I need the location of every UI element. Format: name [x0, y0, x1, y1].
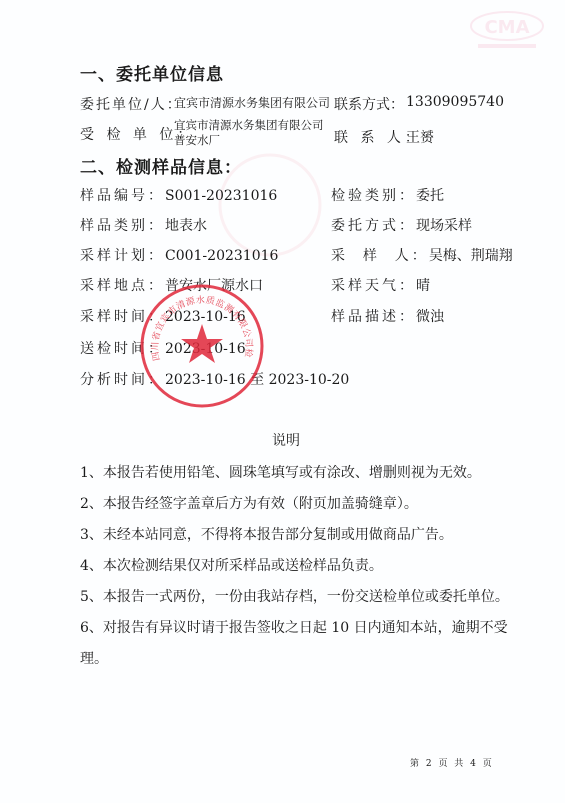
inspected-value-line2: 普安水厂	[174, 133, 220, 148]
note-item: 理。	[80, 648, 108, 668]
sample-field: 检验类别：委托	[331, 185, 444, 205]
note-item: 2、本报告经签字盖章后方为有效（附页加盖骑缝章）。	[80, 493, 418, 513]
note-item: 4、本次检测结果仅对所采样品或送检样品负责。	[80, 555, 383, 575]
contact-method-value: 13309095740	[406, 94, 504, 110]
note-item: 6、对报告有异议时请于报告签收之日起 10 日内通知本站，逾期不受	[80, 617, 508, 637]
sample-field: 采 样 人：吴梅、荆瑞翔	[331, 245, 513, 265]
contact-method-label: 联系方式：	[334, 94, 404, 114]
inspected-value-line1: 宜宾市清源水务集团有限公司	[174, 118, 324, 133]
contact-person-value: 王赟	[406, 127, 434, 147]
notes-title: 说明	[272, 430, 300, 450]
sample-field: 采样天气：晴	[331, 275, 430, 295]
note-item: 1、本报告若使用铅笔、圆珠笔填写或有涂改、增删则视为无效。	[80, 462, 481, 482]
sample-field: 样品编号：S001-20231016	[80, 185, 277, 205]
cma-watermark-icon: CMA	[468, 8, 546, 52]
sample-field: 样品类别：地表水	[80, 215, 207, 235]
sample-field: 委托方式：现场采样	[331, 215, 472, 235]
client-value: 宜宾市清源水务集团有限公司	[174, 96, 330, 111]
section1-title: 一、委托单位信息	[80, 60, 224, 85]
client-label: 委托单位/人：	[80, 94, 183, 114]
section2-title: 二、检测样品信息：	[80, 153, 242, 178]
note-item: 5、本报告一式两份，一份由我站存档，一份交送检单位或委托单位。	[80, 586, 509, 606]
official-seal-icon: 四川省宜宾市清源水质监测有限公司检验检测专用章	[138, 282, 266, 410]
note-item: 3、未经本站同意，不得将本报告部分复制或用做商品广告。	[80, 524, 453, 544]
sample-field: 样品描述：微浊	[331, 306, 444, 326]
page-number: 第 2 页 共 4 页	[410, 756, 494, 769]
svg-text:CMA: CMA	[484, 17, 529, 38]
sample-field: 采样计划：C001-20231016	[80, 245, 278, 265]
